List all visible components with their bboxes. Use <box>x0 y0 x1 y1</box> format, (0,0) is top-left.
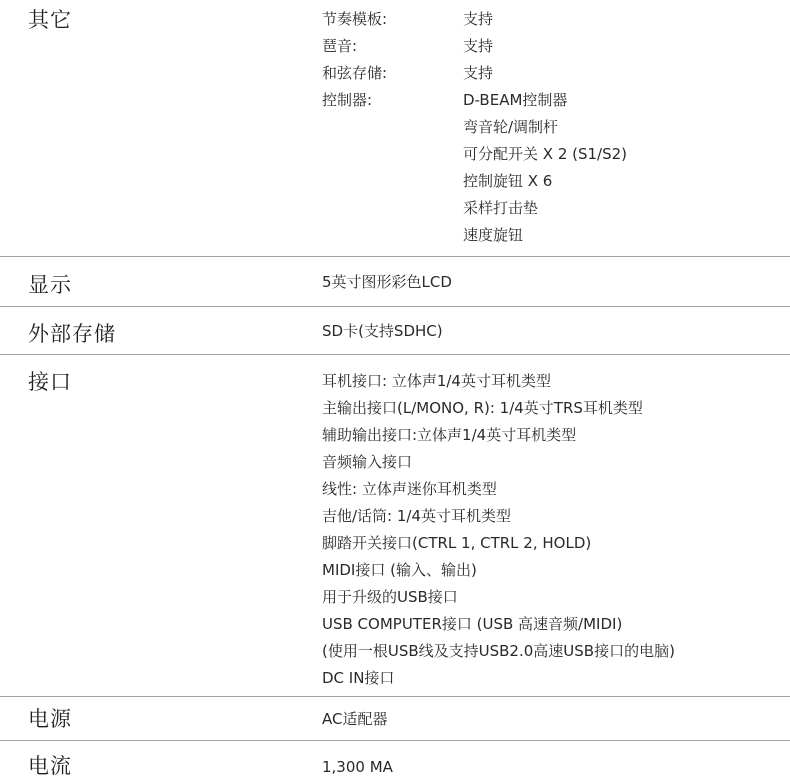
row-label-power: 电源 <box>28 707 72 731</box>
row-value-display: 5英寸图形彩色LCD <box>322 269 452 296</box>
row-label-current: 电流 <box>28 754 72 777</box>
sub-value: 速度旋钮 <box>463 222 523 249</box>
row-value-current: 1,300 MA <box>322 754 393 777</box>
value-text: AC适配器 <box>322 706 387 733</box>
interface-line: 用于升级的USB接口 <box>322 584 675 611</box>
interface-line: 辅助输出接口:立体声1/4英寸耳机类型 <box>322 422 675 449</box>
interface-line: 音频输入接口 <box>322 449 675 476</box>
sub-value: 支持 <box>463 6 493 33</box>
value-text: 5英寸图形彩色LCD <box>322 269 452 296</box>
row-divider <box>0 256 790 257</box>
sub-key: 和弦存储: <box>322 60 387 87</box>
interface-line: 主输出接口(L/MONO, R): 1/4英寸TRS耳机类型 <box>322 395 675 422</box>
interface-line: (使用一根USB线及支持USB2.0高速USB接口的电脑) <box>322 638 675 665</box>
row-divider <box>0 306 790 307</box>
row-label-other: 其它 <box>28 8 72 32</box>
sub-value: 支持 <box>463 33 493 60</box>
interface-line: 吉他/话筒: 1/4英寸耳机类型 <box>322 503 675 530</box>
sub-key: 琶音: <box>322 33 357 60</box>
sub-value: 控制旋钮 X 6 <box>463 168 552 195</box>
sub-key: 控制器: <box>322 87 372 114</box>
sub-value: 可分配开关 X 2 (S1/S2) <box>463 141 627 168</box>
row-divider <box>0 354 790 355</box>
row-label-storage: 外部存储 <box>28 322 116 346</box>
interface-line: 线性: 立体声迷你耳机类型 <box>322 476 675 503</box>
interface-line: USB COMPUTER接口 (USB 高速音频/MIDI) <box>322 611 675 638</box>
interface-line: MIDI接口 (输入、输出) <box>322 557 675 584</box>
row-divider <box>0 740 790 741</box>
row-label-display: 显示 <box>28 273 72 297</box>
row-value-storage: SD卡(支持SDHC) <box>322 318 443 345</box>
row-value-power: AC适配器 <box>322 706 387 733</box>
value-text: 1,300 MA <box>322 754 393 777</box>
sub-value: D-BEAM控制器 <box>463 87 567 114</box>
sub-key: 节奏模板: <box>322 6 387 33</box>
sub-value: 支持 <box>463 60 493 87</box>
row-divider <box>0 696 790 697</box>
interface-line: 脚踏开关接口(CTRL 1, CTRL 2, HOLD) <box>322 530 675 557</box>
interface-line: DC IN接口 <box>322 665 675 692</box>
interface-line: 耳机接口: 立体声1/4英寸耳机类型 <box>322 368 675 395</box>
sub-value: 采样打击垫 <box>463 195 538 222</box>
row-label-interface: 接口 <box>28 370 72 394</box>
value-text: SD卡(支持SDHC) <box>322 318 443 345</box>
row-value-interface: 耳机接口: 立体声1/4英寸耳机类型 主输出接口(L/MONO, R): 1/4… <box>322 368 675 692</box>
sub-value: 弯音轮/调制杆 <box>463 114 558 141</box>
